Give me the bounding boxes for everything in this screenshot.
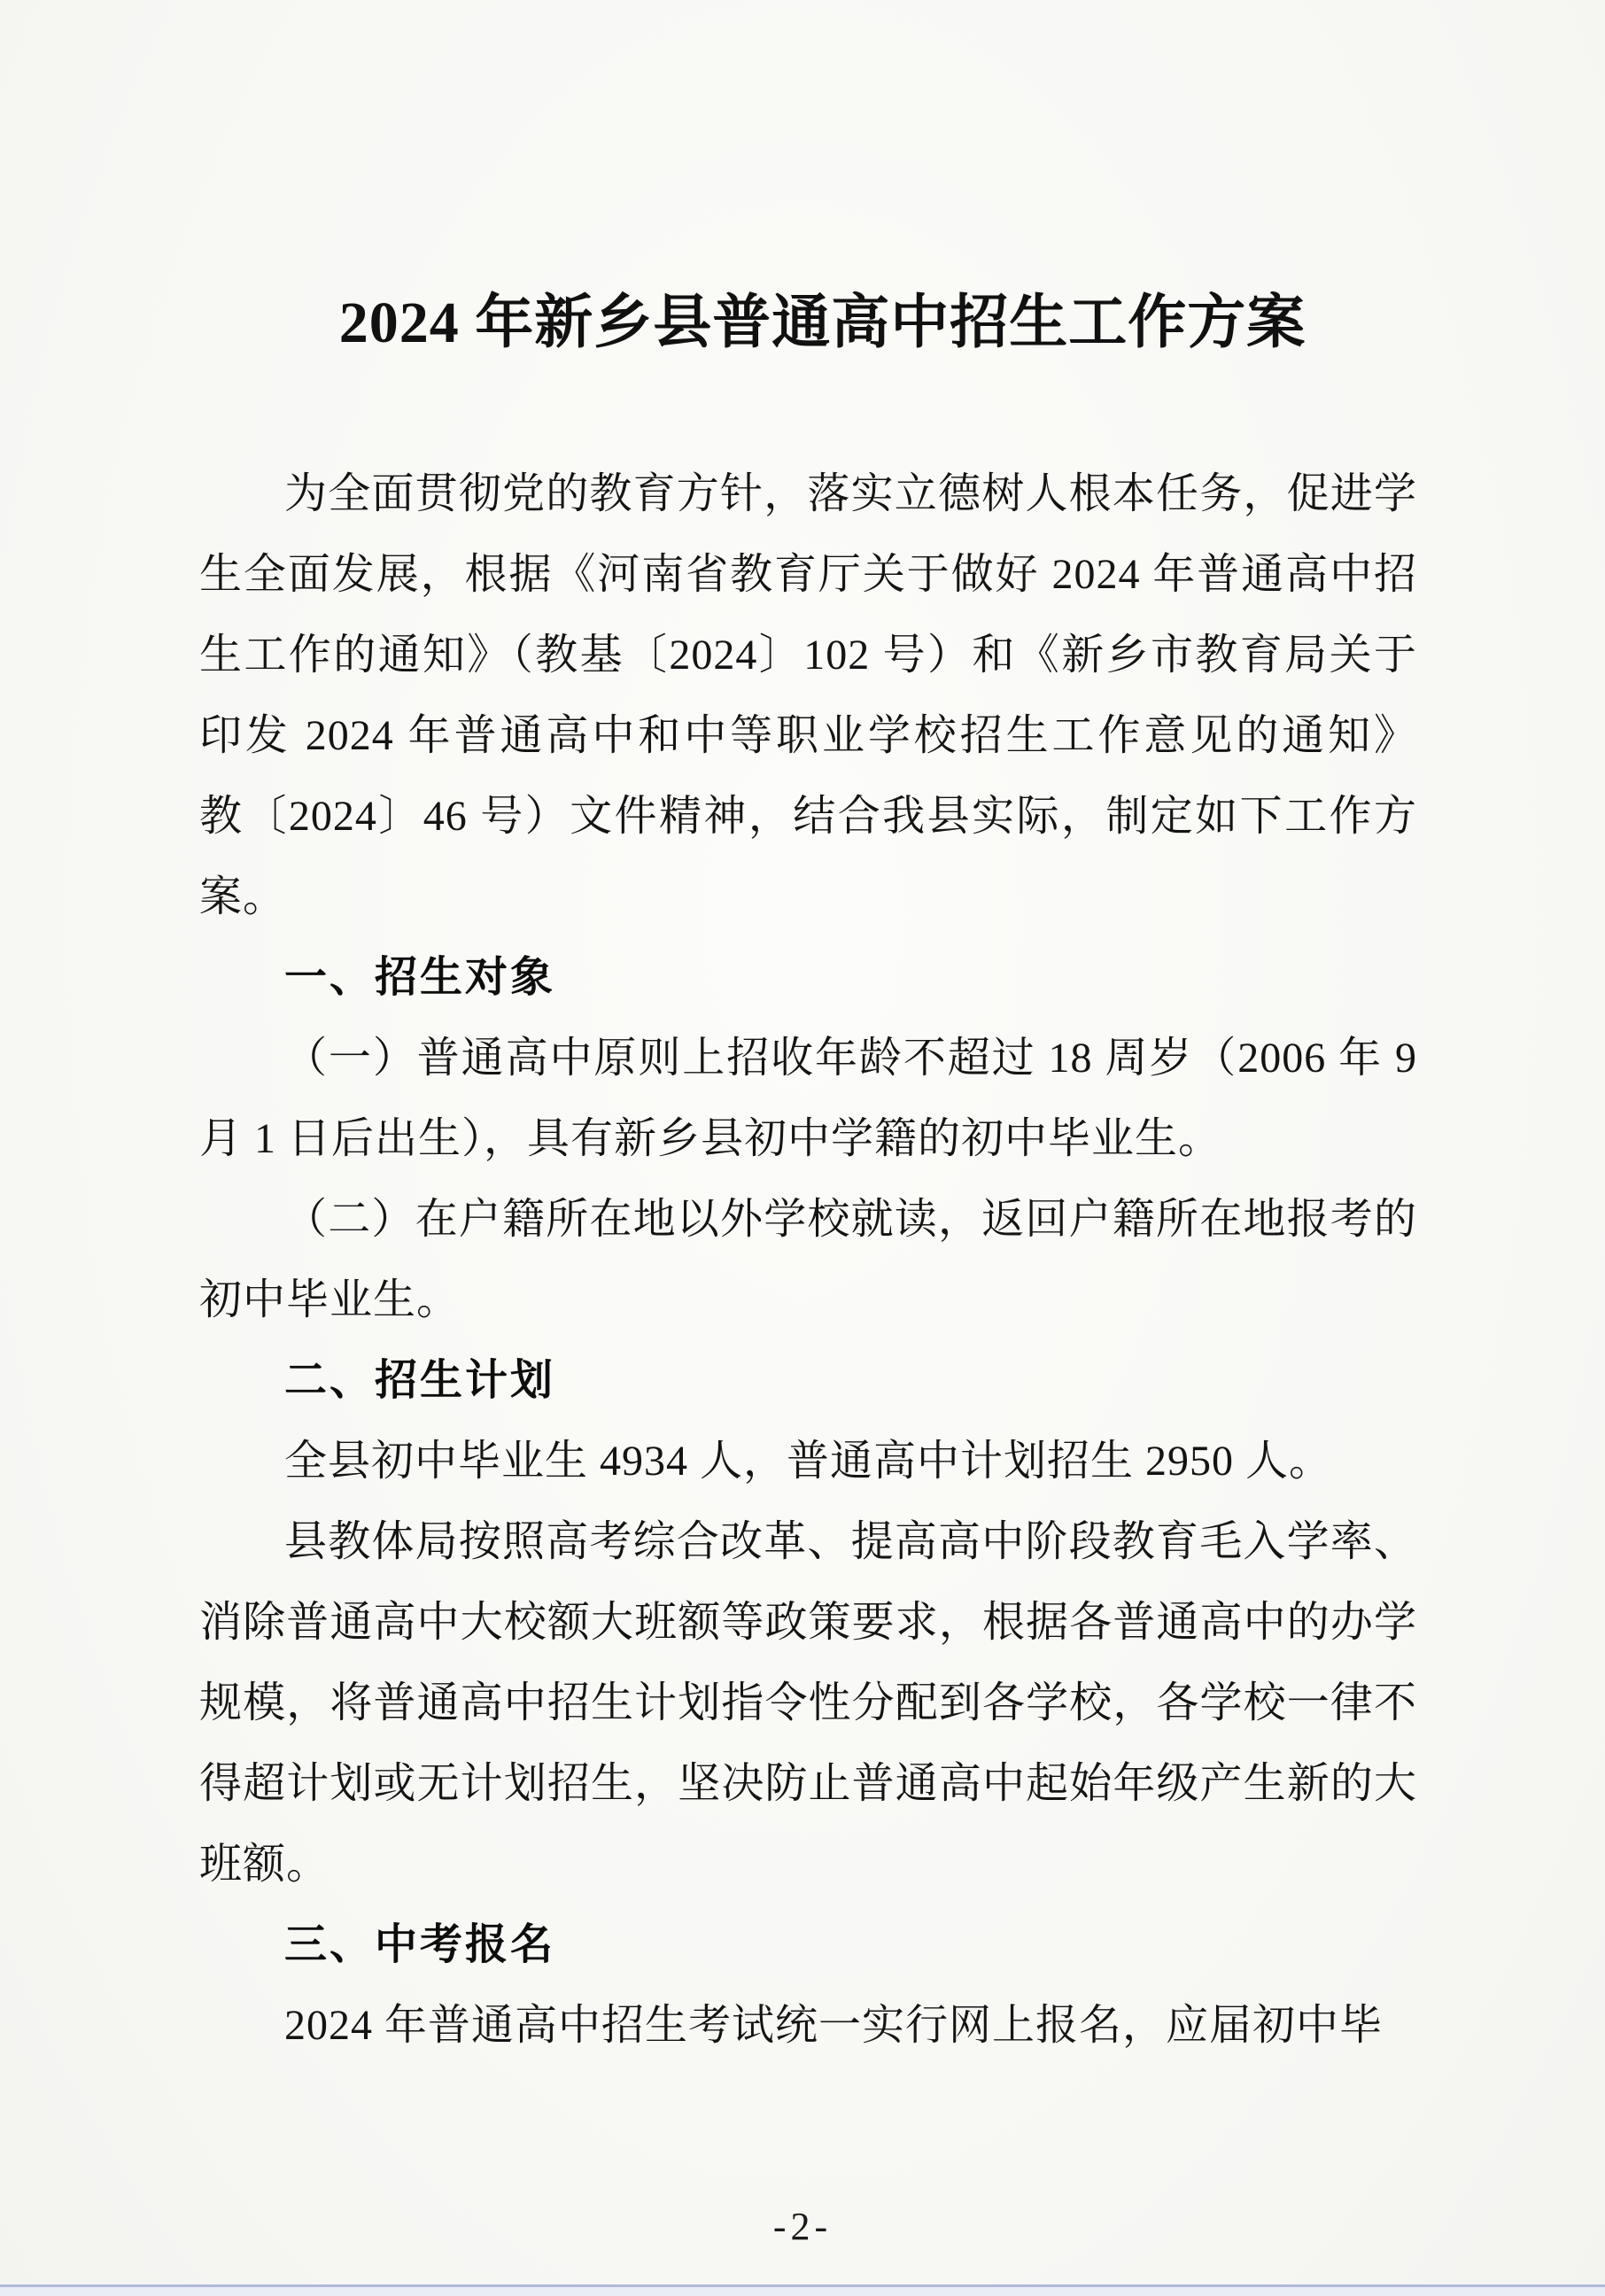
- document-title: 2024 年新乡县普通高中招生工作方案: [40, 287, 1605, 361]
- document-body: 为全面贯彻党的教育方针，落实立德树人根本任务，促进学生全面发展，根据《河南省教育…: [199, 454, 1417, 2066]
- text-line: 2024 年普通高中招生考试统一实行网上报名，应届初中毕: [199, 1985, 1417, 2066]
- text-line: 班额。: [199, 1824, 1417, 1904]
- text-line: 县教体局按照高考综合改革、提高高中阶段教育毛入学率、: [199, 1501, 1417, 1582]
- text-line: 全县初中毕业生 4934 人，普通高中计划招生 2950 人。: [199, 1421, 1417, 1501]
- text-line: 初中毕业生。: [199, 1260, 1417, 1340]
- text-line: 生工作的通知》（教基〔2024〕102 号）和《新乡市教育局关于: [199, 615, 1417, 695]
- page-number: -2-: [0, 2204, 1605, 2249]
- text-line: 生全面发展，根据《河南省教育厅关于做好 2024 年普通高中招: [199, 534, 1417, 615]
- text-line: 案。: [199, 857, 1417, 937]
- text-line: 教〔2024〕46 号）文件精神，结合我县实际，制定如下工作方: [199, 776, 1417, 857]
- text-line: 为全面贯彻党的教育方针，落实立德树人根本任务，促进学: [199, 454, 1417, 534]
- scan-edge-artifact: [0, 2284, 1605, 2296]
- section-heading: 三、中考报名: [199, 1904, 1417, 1985]
- section-heading: 二、招生计划: [199, 1340, 1417, 1421]
- text-line: （二）在户籍所在地以外学校就读，返回户籍所在地报考的: [199, 1179, 1417, 1260]
- document-page: 2024 年新乡县普通高中招生工作方案 为全面贯彻党的教育方针，落实立德树人根本…: [0, 0, 1605, 2296]
- text-line: 月 1 日后出生），具有新乡县初中学籍的初中毕业生。: [199, 1098, 1417, 1179]
- text-line: （一）普通高中原则上招收年龄不超过 18 周岁（2006 年 9: [199, 1018, 1417, 1098]
- text-line: 印发 2024 年普通高中和中等职业学校招生工作意见的通知》（新: [199, 695, 1417, 776]
- section-heading: 一、招生对象: [199, 937, 1417, 1018]
- text-line: 规模，将普通高中招生计划指令性分配到各学校，各学校一律不: [199, 1663, 1417, 1743]
- text-line: 消除普通高中大校额大班额等政策要求，根据各普通高中的办学: [199, 1582, 1417, 1663]
- text-line: 得超计划或无计划招生，坚决防止普通高中起始年级产生新的大: [199, 1743, 1417, 1824]
